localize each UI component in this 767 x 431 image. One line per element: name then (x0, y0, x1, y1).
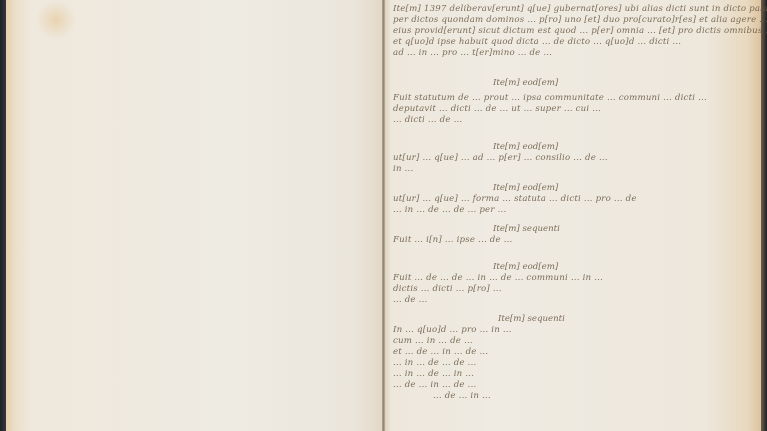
entry-line: ... dicti ... de ... (393, 115, 707, 126)
entry-6: Ite[m] sequenti In ... q[uo]d ... pro ..… (393, 314, 565, 402)
entry-4: Ite[m] sequenti Fuit ... i[n] ... ipse .… (393, 224, 560, 246)
entry-0: Ite[m] 1397 deliberav[erunt] q[ue] guber… (393, 4, 767, 59)
entry-line: Ite[m] 1397 deliberav[erunt] q[ue] guber… (393, 4, 767, 15)
entry-line: in ... (393, 164, 608, 175)
entry-1: Ite[m] eod[em] Fuit statutum de ... prou… (393, 78, 707, 126)
entry-line: cum ... in ... de ... (393, 336, 565, 347)
entry-line: dictis ... dicti ... p[ro] ... (393, 284, 603, 295)
entry-line: Fuit ... de ... de ... in ... de ... com… (393, 273, 603, 284)
entry-line: eius provid[erunt] sicut dictum est quod… (393, 26, 767, 37)
entry-line: ... in ... de ... de ... (393, 358, 565, 369)
entry-line: et q[uo]d ipse habuit quod dicta ... de … (393, 37, 767, 48)
entry-line: per dictos quondam dominos ... p[ro] uno… (393, 15, 767, 26)
entry-line: ... de ... in ... de ... (393, 380, 565, 391)
entry-line: ... in ... de ... in ... (393, 369, 565, 380)
entry-2: Ite[m] eod[em] ut[ur] ... q[ue] ... ad .… (393, 142, 608, 175)
left-page (6, 0, 383, 431)
entry-heading: Ite[m] eod[em] (393, 183, 637, 194)
entry-line: In ... q[uo]d ... pro ... in ... (393, 325, 565, 336)
entry-heading: Ite[m] eod[em] (393, 142, 608, 153)
entry-line: Fuit ... i[n] ... ipse ... de ... (393, 235, 560, 246)
entry-line: deputavit ... dicti ... de ... ut ... su… (393, 104, 707, 115)
entry-line: ut[ur] ... q[ue] ... forma ... statuta .… (393, 194, 637, 205)
entry-heading: Ite[m] eod[em] (393, 78, 707, 89)
book-edge-right (761, 0, 767, 431)
manuscript-spread: Ite[m] 1397 deliberav[erunt] q[ue] guber… (0, 0, 767, 431)
entry-3: Ite[m] eod[em] ut[ur] ... q[ue] ... form… (393, 183, 637, 216)
entry-5: Ite[m] eod[em] Fuit ... de ... de ... in… (393, 262, 603, 306)
entry-line: et ... de ... in ... de ... (393, 347, 565, 358)
entry-line: Fuit statutum de ... prout ... ipsa comm… (393, 93, 707, 104)
entry-line: ... de ... in ... (393, 391, 565, 402)
entry-line: ad ... in ... pro ... t[er]mino ... de .… (393, 48, 767, 59)
book-gutter (382, 0, 385, 431)
entry-heading: Ite[m] sequenti (393, 314, 565, 325)
entry-line: ... in ... de ... de ... per ... (393, 205, 637, 216)
entry-heading: Ite[m] eod[em] (393, 262, 603, 273)
entry-line: ut[ur] ... q[ue] ... ad ... p[er] ... co… (393, 153, 608, 164)
entry-line: ... de ... (393, 295, 603, 306)
entry-heading: Ite[m] sequenti (393, 224, 560, 235)
parchment-stain (36, 0, 76, 40)
